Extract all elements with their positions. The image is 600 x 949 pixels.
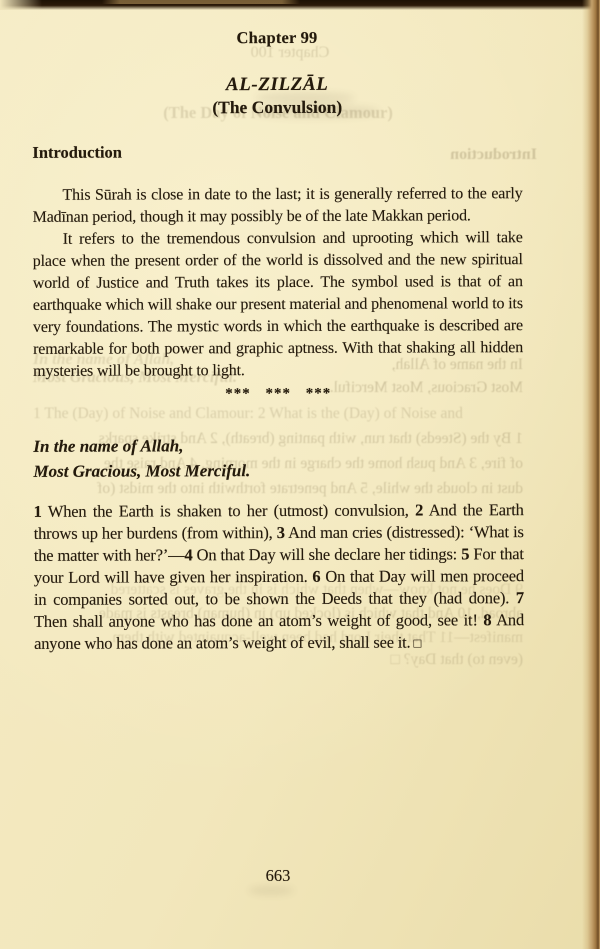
verse-number: 7 [516, 588, 524, 607]
verse-number: 8 [483, 610, 491, 629]
bismillah: In the name of Allah, Most Gracious, Mos… [33, 432, 523, 484]
end-of-surah-mark: □ [410, 636, 421, 651]
introduction-paragraph: This Sūrah is close in date to the last;… [33, 183, 523, 229]
page-content: Chapter 99 AL-ZILZĀL (The Convulsion) In… [32, 0, 524, 656]
book-page-scan: Chapter 100(The Day of Noise and Clamour… [0, 0, 600, 949]
section-separator: *** *** *** [33, 385, 523, 404]
ink-smudge [248, 886, 294, 895]
surah-subtitle: (The Convulsion) [32, 96, 522, 119]
page-right-edge [582, 0, 600, 949]
verse-number: 2 [415, 500, 423, 519]
bismillah-line: In the name of Allah, [33, 432, 523, 459]
surah-title: AL-ZILZĀL [32, 73, 522, 97]
surah-verses: 1 When the Earth is shaken to her (utmos… [34, 499, 525, 656]
introduction-paragraph: It refers to the tremendous convulsion a… [33, 227, 524, 383]
verse-number: 6 [312, 567, 320, 586]
introduction-heading: Introduction [32, 141, 522, 163]
chapter-heading: Chapter 99 [32, 27, 522, 49]
page-number: 663 [33, 866, 523, 886]
verse-number: 1 [34, 502, 42, 521]
bismillah-line: Most Gracious, Most Merciful. [33, 457, 523, 484]
verse-number: 5 [461, 544, 469, 563]
verse-number: 4 [184, 545, 192, 564]
verse-number: 3 [277, 523, 285, 542]
